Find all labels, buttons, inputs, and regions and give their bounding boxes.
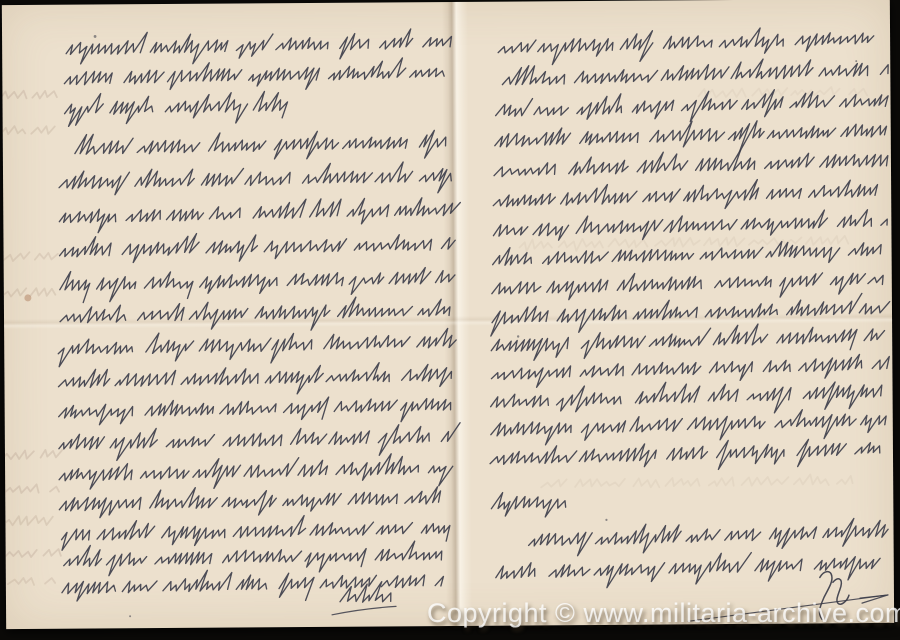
letter-paper bbox=[2, 0, 894, 629]
handwriting-layer bbox=[2, 0, 894, 629]
ink-bleed-through bbox=[2, 85, 871, 585]
copyright-watermark: Copyright © www.militaria-archive.com bbox=[427, 598, 900, 629]
right-page-handwriting bbox=[487, 27, 892, 588]
left-page-handwriting bbox=[56, 29, 463, 603]
photo-frame: Copyright © www.militaria-archive.com bbox=[0, 0, 900, 640]
